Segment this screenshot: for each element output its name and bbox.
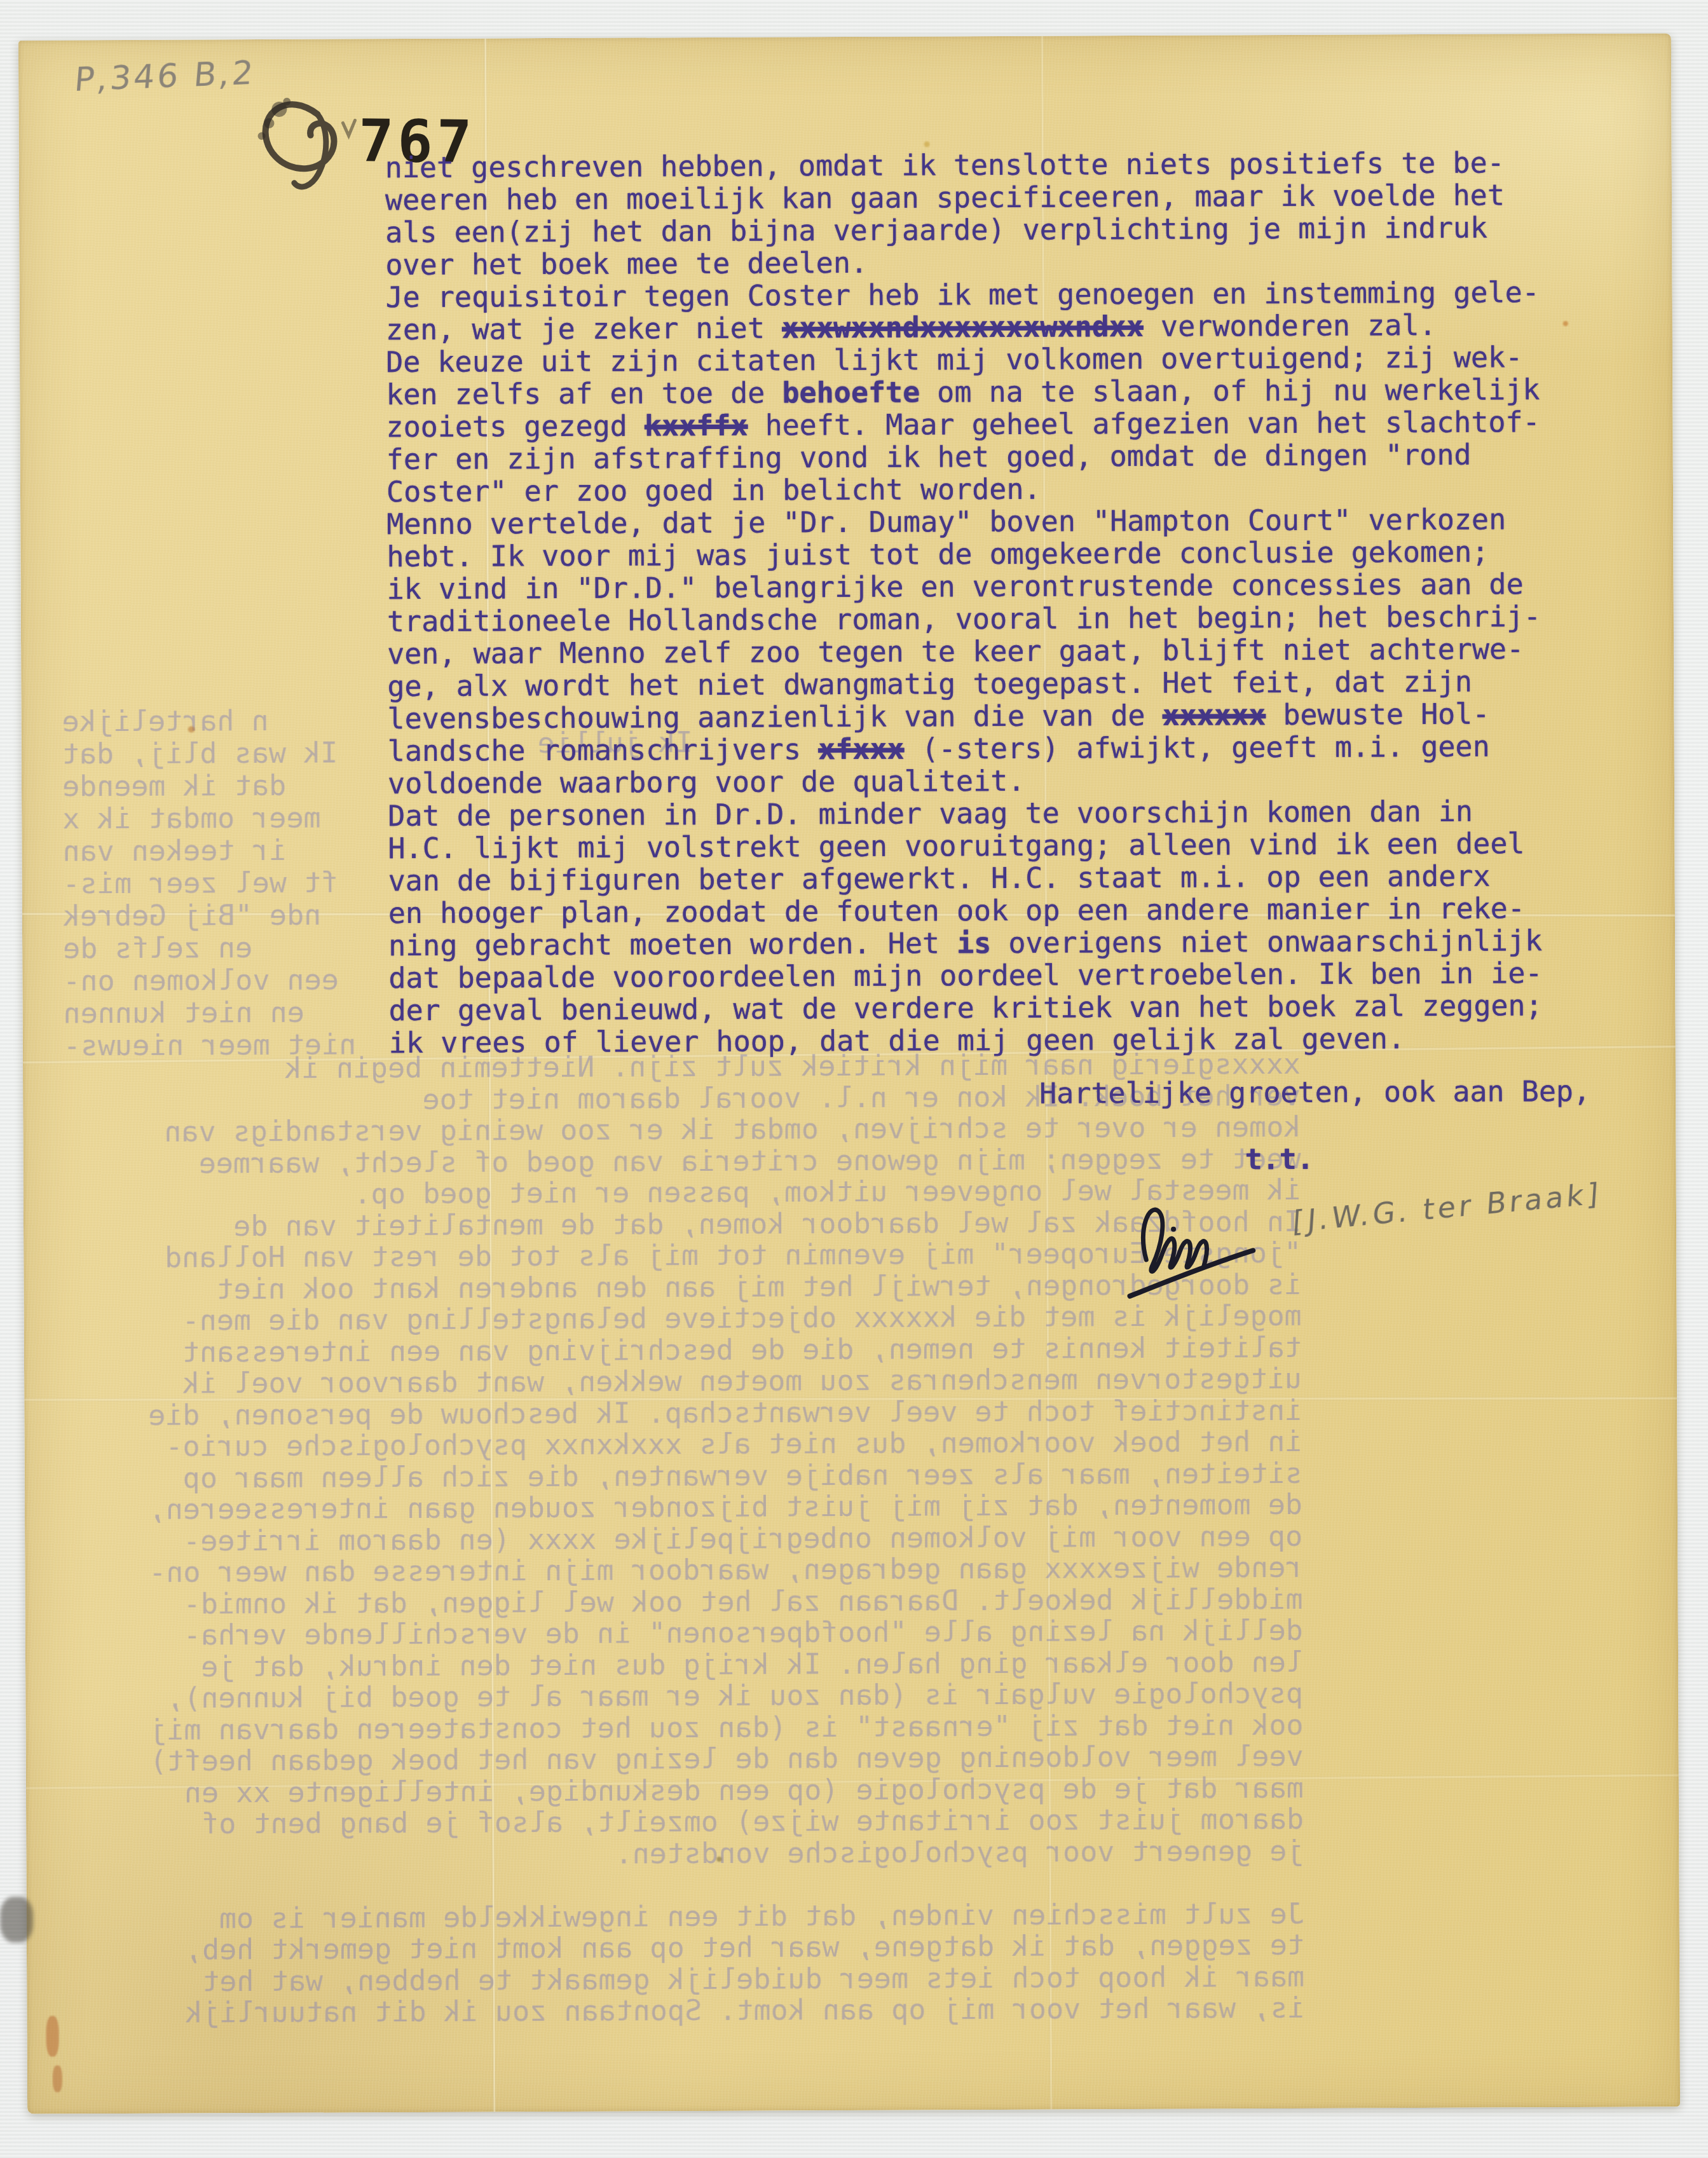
bleedthrough-fragment: nde "Bij Gebrek bbox=[63, 899, 322, 932]
foxing-spot bbox=[188, 726, 195, 732]
bleedthrough-line: is, waar het voor mij op aan komt. Spont… bbox=[236, 1992, 1304, 2028]
bleedthrough-fragment: dat ik meende bbox=[62, 770, 286, 802]
typed-line: ik vrees of liever hoop, dat die mij gee… bbox=[389, 1021, 1571, 1059]
foxing-spot bbox=[1563, 321, 1568, 326]
letter-sheet: xxxxsgierig naar mijn kritiek zult zijn.… bbox=[18, 33, 1680, 2114]
typed-line: fer en zijn afstraffing vond ik het goed… bbox=[386, 438, 1569, 475]
typed-line: als een(zij het dan bijna verjaarde) ver… bbox=[385, 211, 1568, 249]
bleedthrough-line: je geneert voor psychologische vondsten. bbox=[236, 1834, 1304, 1871]
handwritten-signature-wim bbox=[1108, 1197, 1267, 1309]
typed-line: landsche romanschrijvers xfxxx (-sters) … bbox=[388, 730, 1570, 767]
bleedthrough-text-block: xxxxsgierig naar mijn kritiek zult zijn.… bbox=[233, 1048, 1305, 2028]
bleedthrough-fragment: ir teeken van bbox=[62, 835, 286, 867]
closing-salutation: Hartelijke groeten, ook aan Bep, bbox=[1039, 1074, 1590, 1110]
foxing-spot bbox=[716, 1857, 721, 1862]
rust-stain bbox=[53, 2065, 62, 2092]
bleedthrough-fragment: en zelfs de bbox=[63, 932, 252, 964]
closing-valediction: t.t. bbox=[1245, 1142, 1314, 1176]
typed-body: niet geschreven hebben, omdat ik tenslot… bbox=[385, 146, 1571, 1059]
bleedthrough-fragment: Ik was blij, dat bbox=[62, 737, 338, 770]
bleedthrough-fragment: een volkomen on- bbox=[63, 964, 339, 997]
scanner-edge-smudge bbox=[0, 1897, 33, 1943]
bleedthrough-fragment: ft wel zeer mis- bbox=[63, 867, 339, 899]
bleedthrough-fragment: en niet kunnen bbox=[63, 997, 304, 1029]
archival-code-pencil: P,346 B,2 bbox=[73, 54, 257, 99]
bleedthrough-fragment: meer omdat ik x bbox=[62, 802, 321, 835]
bleedthrough-fragment: niet meer nieuws- bbox=[64, 1028, 357, 1061]
rust-stain bbox=[46, 2016, 58, 2056]
foxing-spot bbox=[924, 141, 930, 147]
bleedthrough-fragment: n hartelijke bbox=[62, 705, 268, 737]
